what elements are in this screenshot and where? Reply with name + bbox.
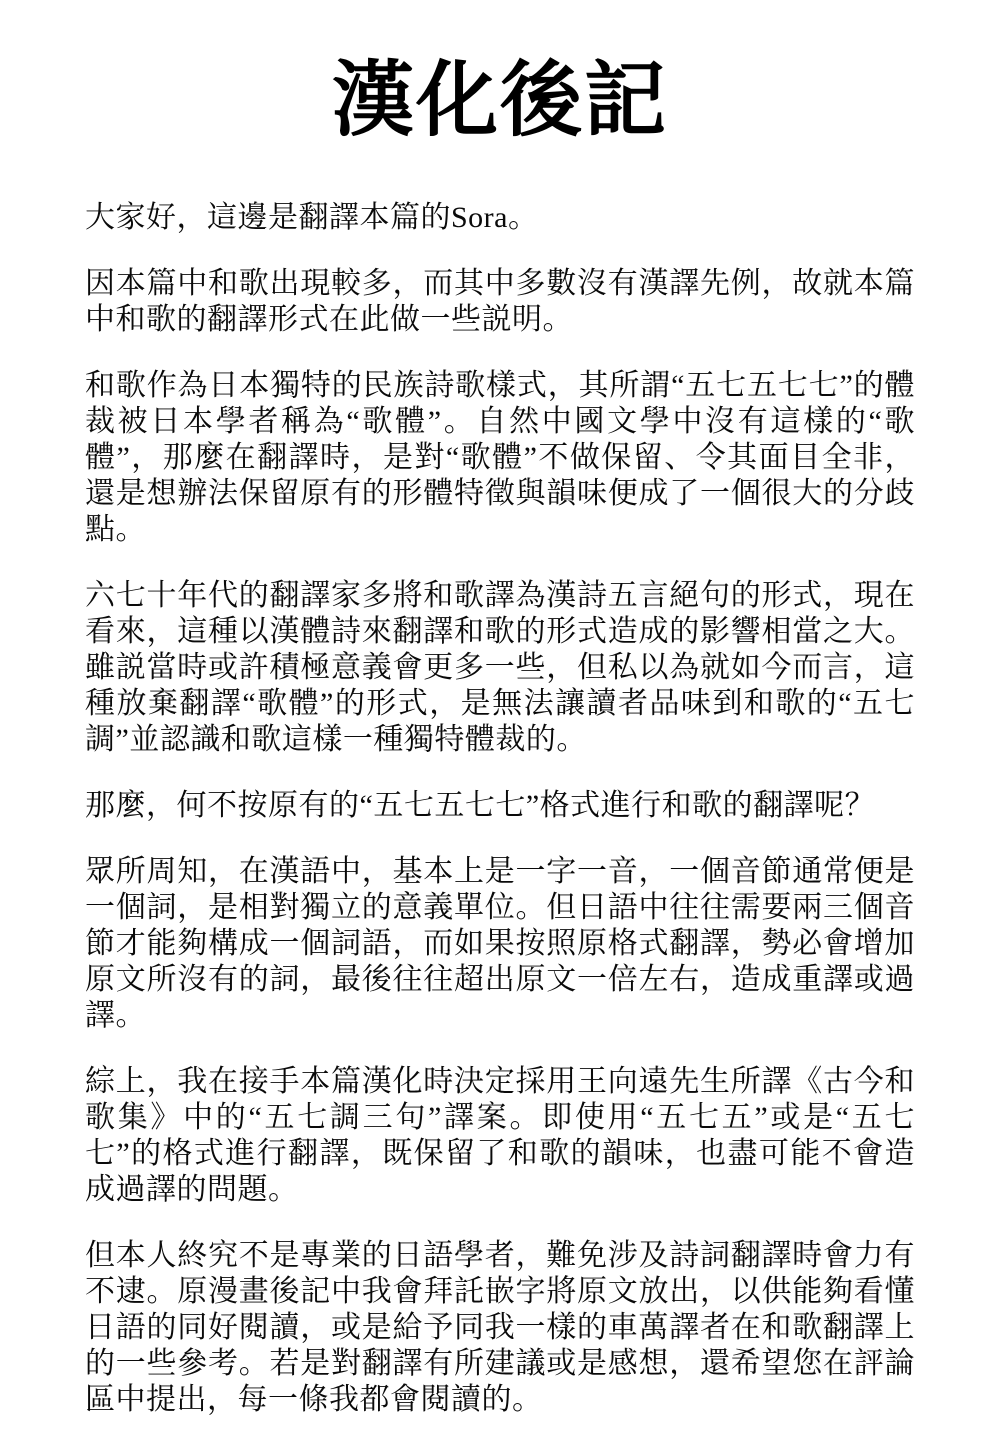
document-page: 漢化後記 大家好，這邊是翻譯本篇的Sora。 因本篇中和歌出現較多，而其中多數沒… xyxy=(0,0,1000,1430)
paragraph-question: 那麼，何不按原有的“五七五七七”格式進行和歌的翻譯呢？ xyxy=(85,788,915,824)
paragraph-closing: 但本人終究不是專業的日語學者，難免涉及詩詞翻譯時會力有不逮。原漫畫後記中我會拜託… xyxy=(85,1238,915,1418)
paragraph-translation-history: 六七十年代的翻譯家多將和歌譯為漢詩五言絕句的形式，現在看來，這種以漢體詩來翻譯和… xyxy=(85,578,915,758)
paragraph-intro: 因本篇中和歌出現較多，而其中多數沒有漢譯先例，故就本篇中和歌的翻譯形式在此做一些… xyxy=(85,266,915,338)
paragraph-syllable-explanation: 眾所周知，在漢語中，基本上是一字一音，一個音節通常便是一個詞，是相對獨立的意義單… xyxy=(85,854,915,1034)
paragraph-waka-form: 和歌作為日本獨特的民族詩歌樣式，其所謂“五七五七七”的體裁被日本學者稱為“歌體”… xyxy=(85,368,915,548)
paragraph-decision: 綜上，我在接手本篇漢化時決定採用王向遠先生所譯《古今和歌集》中的“五七調三句”譯… xyxy=(85,1064,915,1208)
document-body: 大家好，這邊是翻譯本篇的Sora。 因本篇中和歌出現較多，而其中多數沒有漢譯先例… xyxy=(85,200,915,1418)
page-title: 漢化後記 xyxy=(85,58,915,144)
paragraph-greeting: 大家好，這邊是翻譯本篇的Sora。 xyxy=(85,200,915,236)
